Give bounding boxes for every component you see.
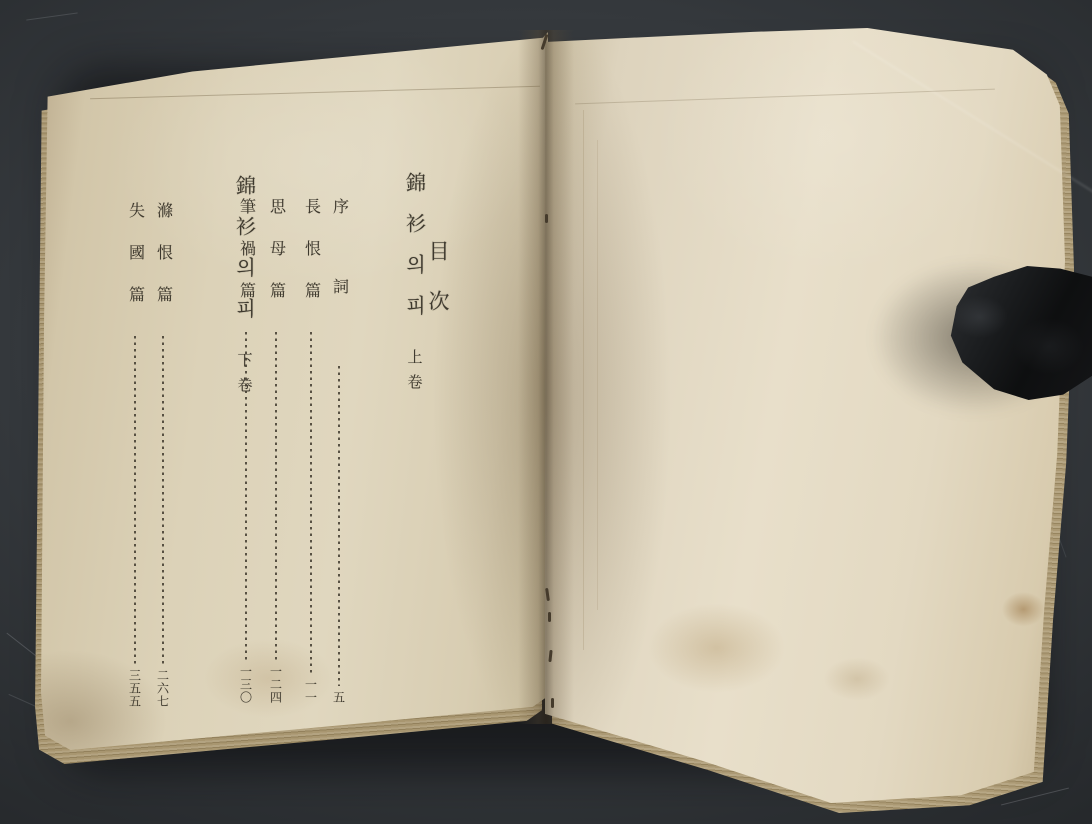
chapter-page-number: 三五五 — [127, 669, 144, 708]
chapter-page-number: 二六七 — [155, 669, 172, 708]
dotted-leader — [134, 336, 136, 664]
chapter-page-number: 一二四 — [268, 665, 285, 704]
chapter-title: 滌恨篇 — [152, 202, 175, 328]
volume1-label: 上卷 — [404, 349, 425, 399]
volume2-label: 下卷 — [234, 352, 255, 402]
chapter-title: 失國篇 — [124, 202, 147, 328]
dotted-leader — [310, 332, 312, 673]
photo-scene: 目次 錦衫의피 上卷 序詞 五 長恨篇 一一 思母篇 一二四 筆禍篇 一三〇 錦… — [0, 0, 1092, 824]
volume2-book-title: 錦衫의피 — [230, 175, 259, 339]
dotted-leader — [338, 366, 340, 686]
toc-entry: 長恨篇 一一 — [299, 198, 323, 704]
chapter-title: 序詞 — [328, 198, 351, 358]
chapter-title: 長恨篇 — [300, 198, 323, 324]
chapter-page-number: 一一 — [303, 678, 320, 704]
chapter-page-number: 一三〇 — [238, 665, 255, 704]
chapter-page-number: 五 — [331, 691, 348, 704]
volume2-title: 錦衫의피 下卷 — [186, 175, 302, 402]
toc-entry: 失國篇 三五五 — [123, 202, 147, 708]
volume1-book-title: 錦衫의피 — [400, 172, 429, 336]
toc-entry: 滌恨篇 二六七 — [151, 202, 175, 708]
volume1-title: 錦衫의피 上卷 — [356, 172, 472, 399]
dotted-leader — [162, 336, 164, 664]
toc-entry: 序詞 五 — [327, 198, 351, 704]
